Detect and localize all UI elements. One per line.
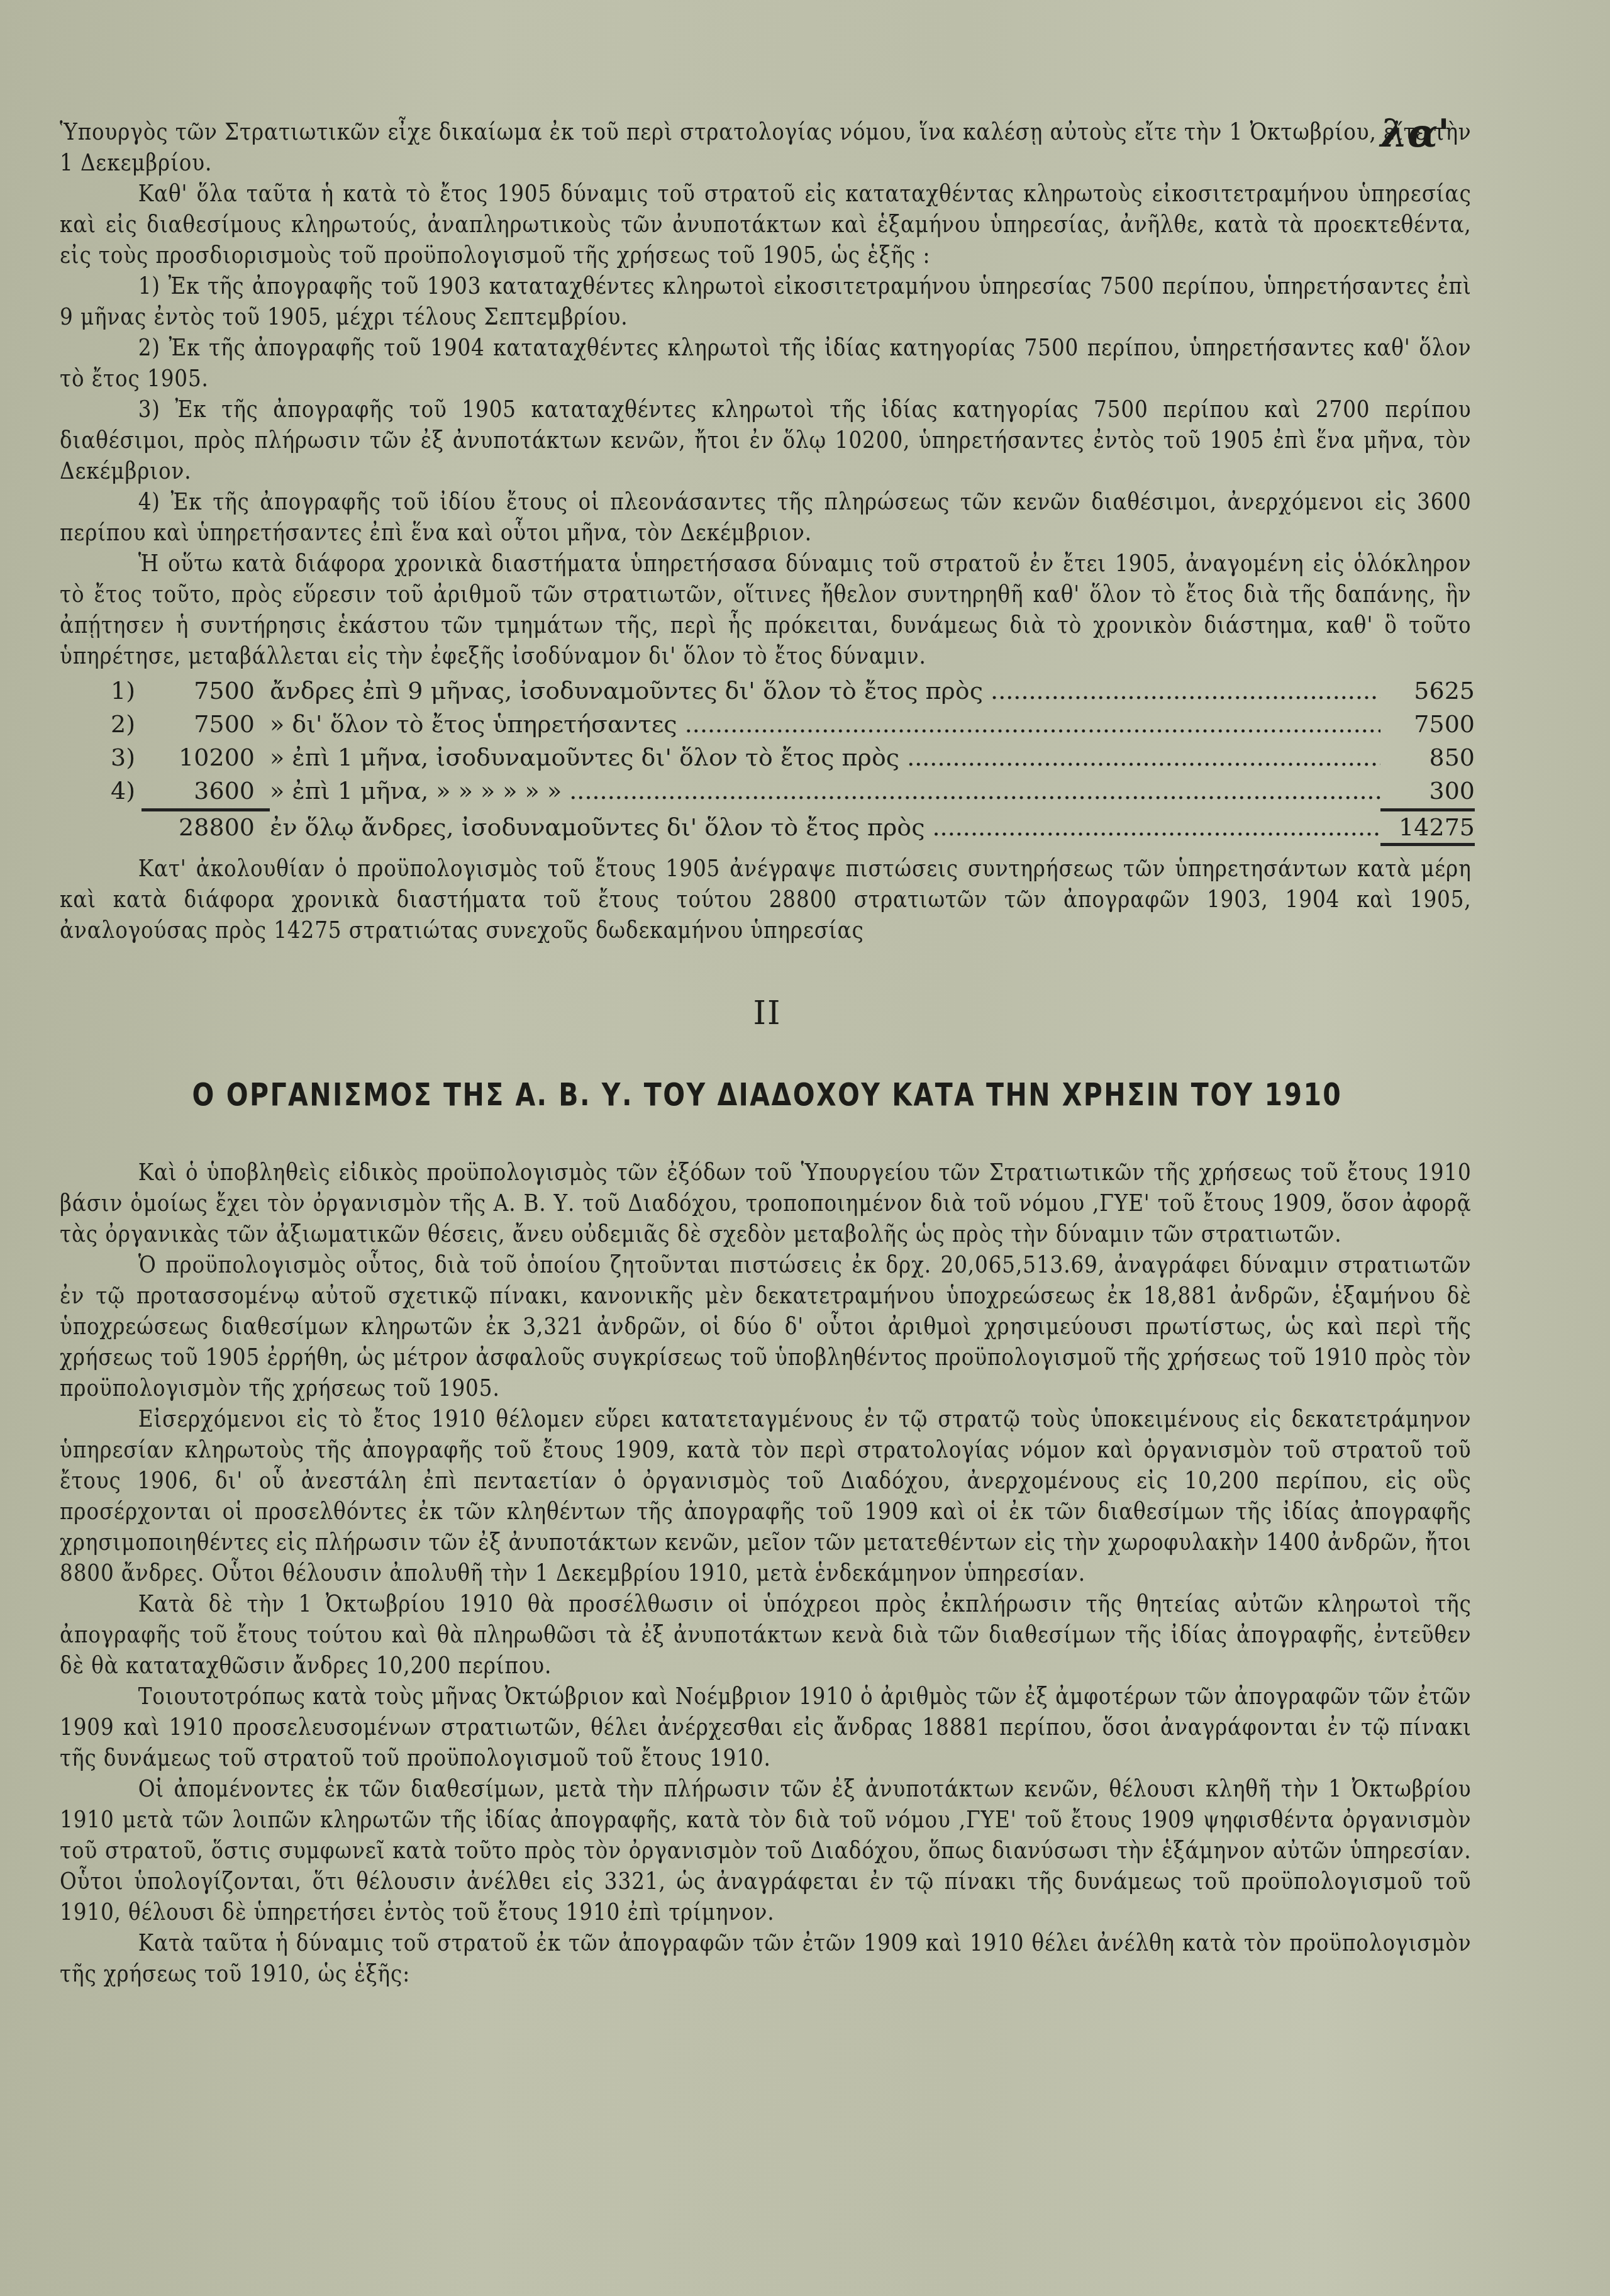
paragraph: Κατ' ἀκολουθίαν ὁ προϋπολογισμὸς τοῦ ἔτο… [60,853,1472,945]
paragraph: Κατὰ δὲ τὴν 1 Ὀκτωβρίου 1910 θὰ προσέλθω… [60,1588,1472,1681]
total-value: 14275 [1380,808,1475,846]
row-number: 2) [60,708,142,740]
table-row: 1) 7500 ἄνδρες ἐπὶ 9 μῆνας, ἰσοδυναμοῦντ… [60,675,1475,708]
section-number: II [60,995,1475,1032]
paragraph: Κατὰ ταῦτα ἡ δύναμις τοῦ στρατοῦ ἐκ τῶν … [60,1927,1472,1989]
paragraph: Καὶ ὁ ὑποβληθεὶς εἰδικὸς προϋπολογισμὸς … [60,1157,1472,1249]
document-body: Ὑπουργὸς τῶν Στρατιωτικῶν εἶχε δικαίωμα … [60,116,1475,1989]
row-number: 3) [60,742,142,773]
table-row: 4) 3600 » ἐπὶ 1 μῆνα, » » » » » » 300 [60,775,1475,808]
paragraph: Εἰσερχόμενοι εἰς τὸ ἔτος 1910 θέλομεν εὕ… [60,1403,1472,1588]
row-value: 7500 [1380,708,1475,740]
row-number: 1) [60,675,142,706]
table-total-row: 28800 ἐν ὅλῳ ἄνδρες, ἰσοδυναμοῦντες δι' … [60,808,1475,842]
table-row: 2) 7500 » δι' ὅλον τὸ ἔτος ὑπηρετήσαντες… [60,708,1475,742]
row-value: 300 [1380,775,1475,806]
row-description: » ἐπὶ 1 μῆνα, » » » » » » [270,775,1380,806]
row-quantity: 7500 [142,708,270,740]
row-quantity: 7500 [142,675,270,706]
row-value: 5625 [1380,675,1475,706]
paragraph: Καθ' ὅλα ταῦτα ἡ κατὰ τὸ ἔτος 1905 δύναμ… [60,178,1472,270]
paragraph: Ἡ οὕτω κατὰ διάφορα χρονικὰ διαστήματα ὑ… [60,548,1472,671]
paragraph: Ὑπουργὸς τῶν Στρατιωτικῶν εἶχε δικαίωμα … [60,116,1472,178]
row-value: 850 [1380,742,1475,773]
paragraph: Τοιουτοτρόπως κατὰ τοὺς μῆνας Ὀκτώβριον … [60,1681,1472,1773]
list-item: 3) Ἐκ τῆς ἀπογραφῆς τοῦ 1905 καταταχθέντ… [60,394,1472,486]
table-row: 3) 10200 » ἐπὶ 1 μῆνα, ἰσοδυναμοῦντες δι… [60,742,1475,775]
row-description: » ἐπὶ 1 μῆνα, ἰσοδυναμοῦντες δι' ὅλον τὸ… [270,742,1380,773]
row-description: ἄνδρες ἐπὶ 9 μῆνας, ἰσοδυναμοῦντες δι' ὅ… [270,675,1380,706]
paragraph: Οἱ ἀπομένοντες ἐκ τῶν διαθεσίμων, μετὰ τ… [60,1773,1472,1927]
paragraph: Ὁ προϋπολογισμὸς οὗτος, διὰ τοῦ ὁποίου ζ… [60,1249,1472,1403]
row-quantity: 3600 [142,775,270,806]
total-quantity: 28800 [142,808,270,843]
list-item: 2) Ἐκ τῆς ἀπογραφῆς τοῦ 1904 καταταχθέντ… [60,332,1472,394]
list-item: 1) Ἐκ τῆς ἀπογραφῆς τοῦ 1903 καταταχθέντ… [60,270,1472,332]
total-description: ἐν ὅλῳ ἄνδρες, ἰσοδυναμοῦντες δι' ὅλον τ… [270,811,1380,843]
row-number: 4) [60,775,142,806]
row-quantity: 10200 [142,742,270,773]
list-item: 4) Ἐκ τῆς ἀπογραφῆς τοῦ ἰδίου ἔτους οἱ π… [60,486,1472,548]
equivalence-table: 1) 7500 ἄνδρες ἐπὶ 9 μῆνας, ἰσοδυναμοῦντ… [60,675,1475,842]
section-title: Ο ΟΡΓΑΝΙΣΜΟΣ ΤΗΣ Α. Β. Υ. ΤΟΥ ΔΙΑΔΟΧΟΥ Κ… [187,1076,1348,1113]
row-description: » δι' ὅλον τὸ ἔτος ὑπηρετήσαντες [270,708,1380,740]
